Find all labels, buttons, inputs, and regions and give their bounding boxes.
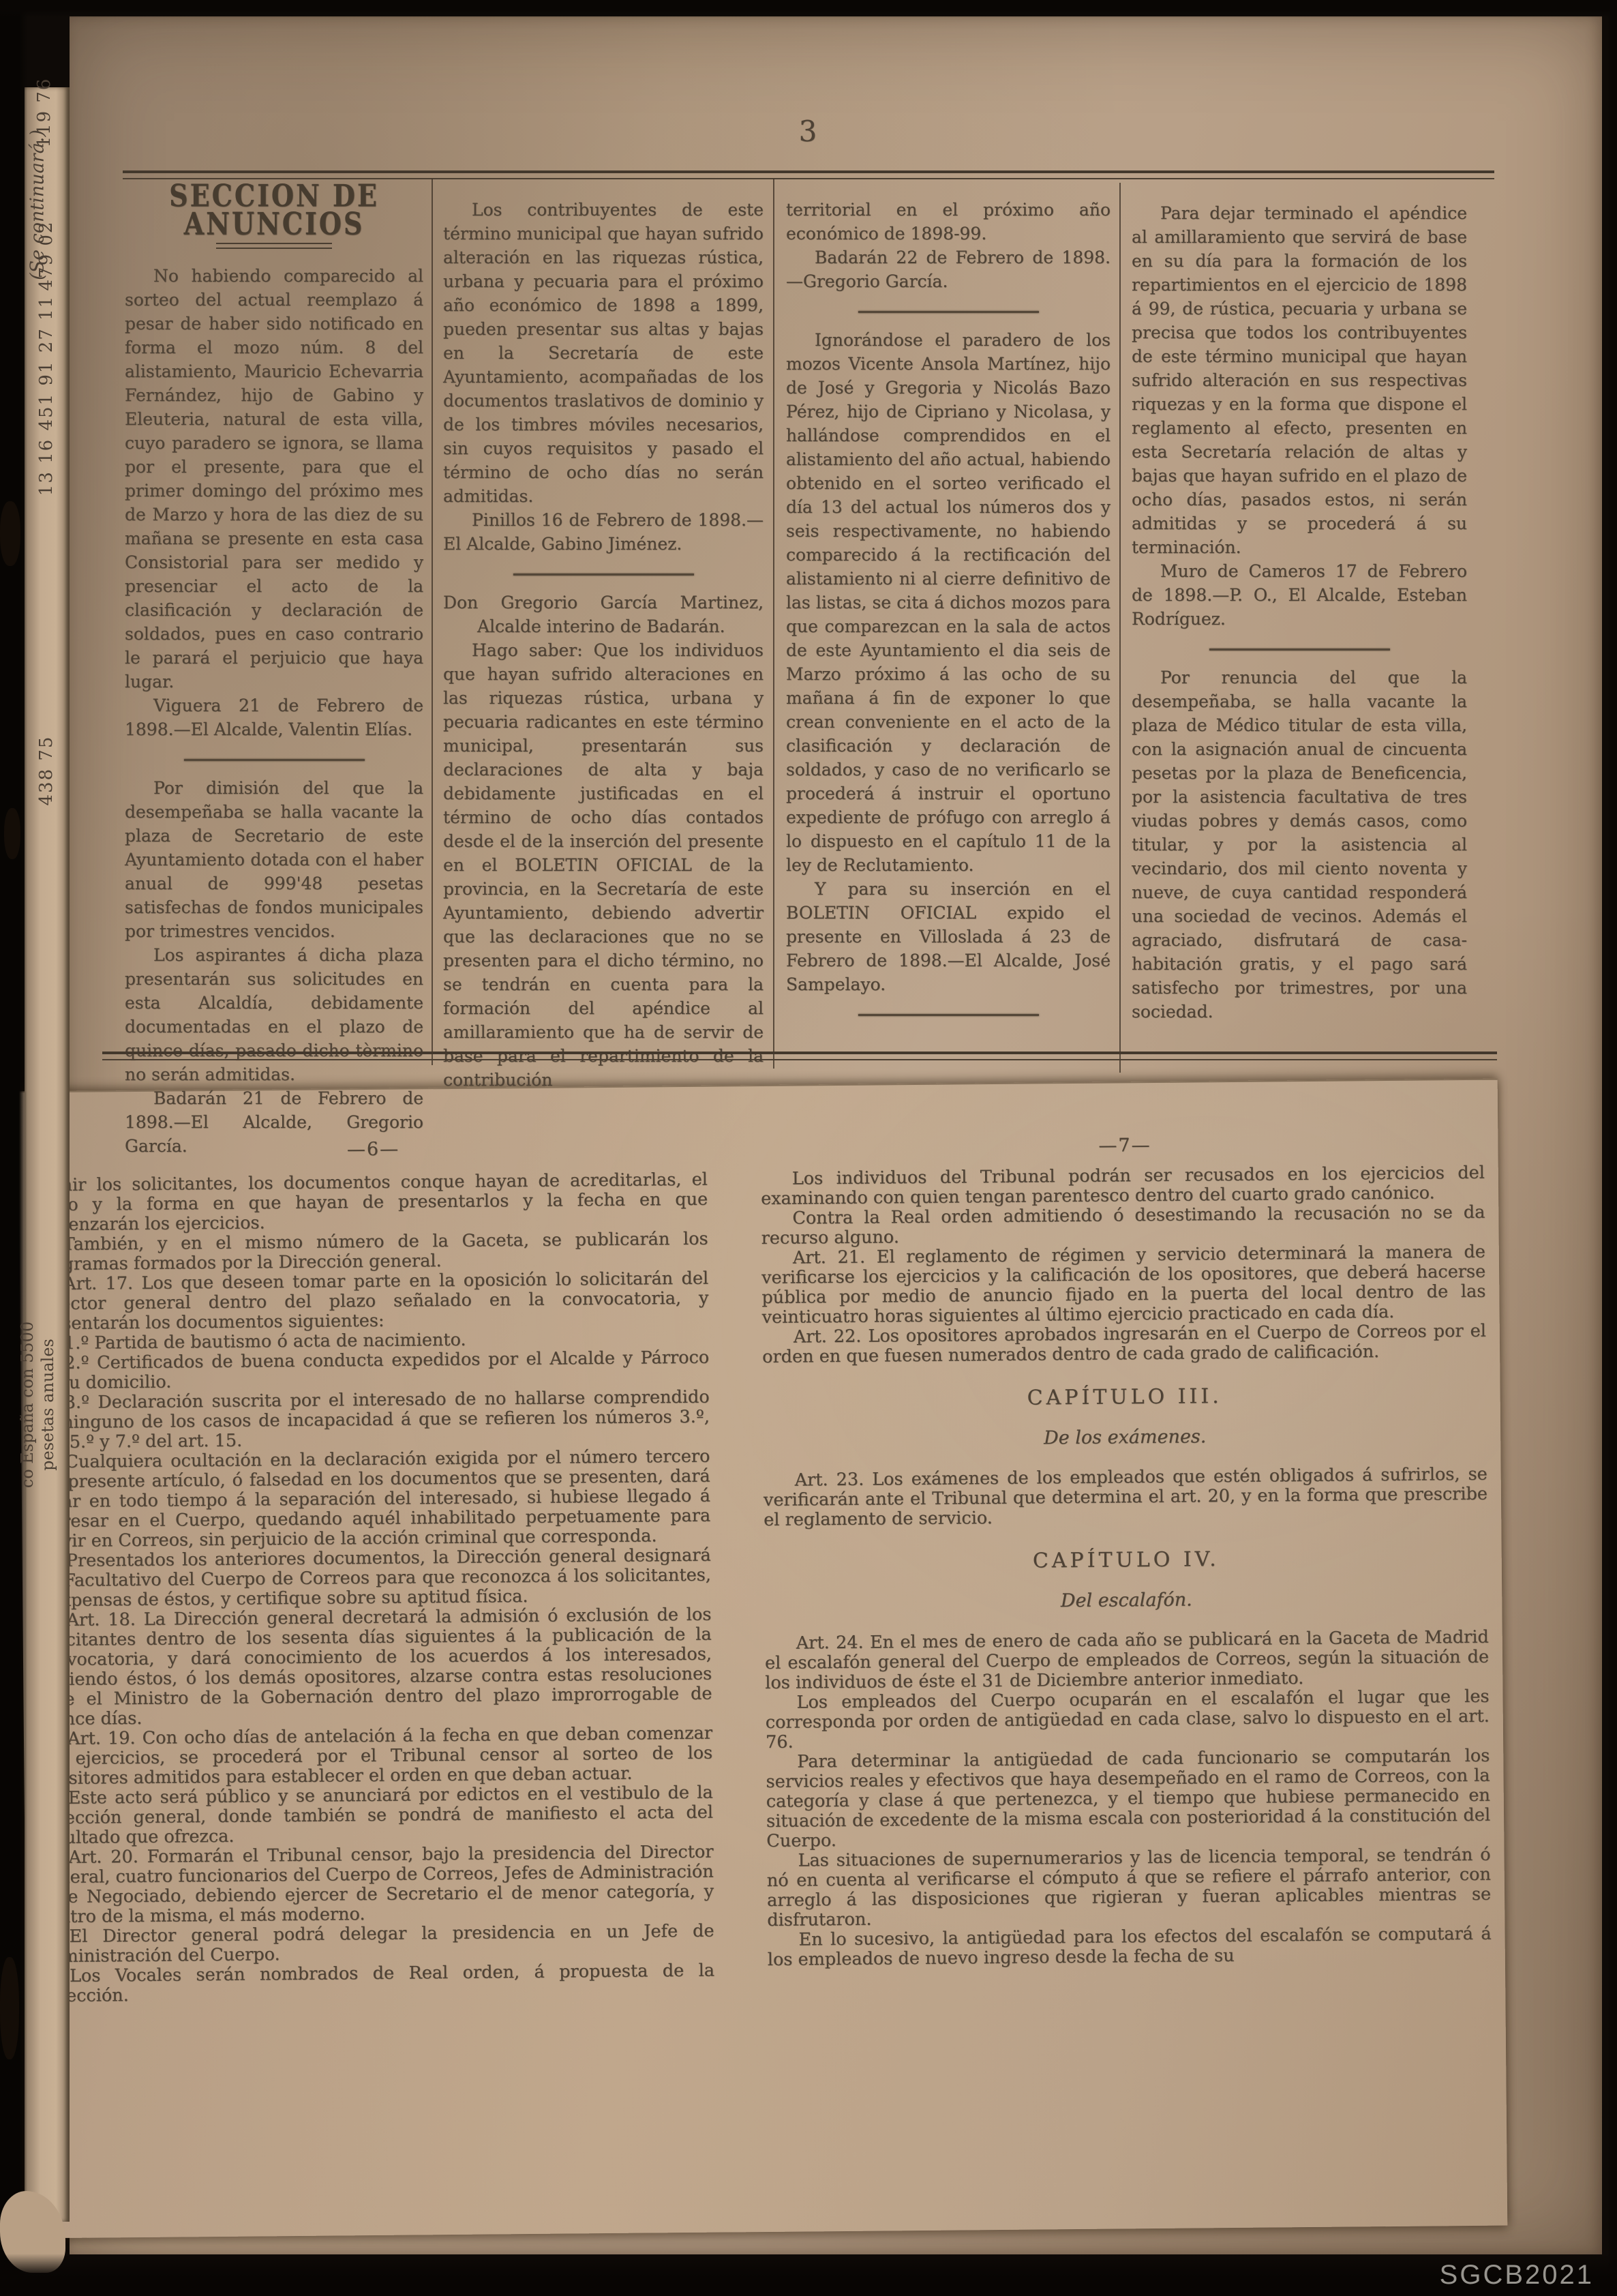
watermark: SGCB2021 [1440,2260,1594,2291]
announcement-paragraph: No habiendo comparecido al sorteo del ac… [125,264,423,694]
margin-number: 13 16 [36,399,57,535]
announcement-paragraph: Para dejar terminado el apéndice al amil… [1132,201,1467,559]
scan-edge-bottom [0,2254,1617,2296]
regulation-paragraph: Art. 21. El reglamento de régimen y serv… [761,1242,1486,1328]
signature-line: Pinillos 16 de Febrero de 1898.—El Alcal… [443,508,764,556]
regulation-paragraph: Contra la Real orden admitiendo ó desest… [761,1203,1485,1249]
page-number: 3 [781,115,835,148]
regulation-column-right: Los individuos del Tribunal podrán ser r… [761,1163,1492,1970]
title-ornament [216,243,332,249]
announcement-paragraph: Y para su inserción en el BOLETIN OFICIA… [786,877,1110,996]
regulation-paragraph: Art. 18. La Dirección general decretará … [35,1605,712,1730]
announcement-paragraph: Los contribuyentes de este término munic… [443,198,764,508]
regulation-paragraph: Los Vocales serán nombrados de Real orde… [38,1961,714,2007]
scan-artifact [4,808,20,859]
scanned-newspaper-page: 3 SECCION DE ANUNCIOS No habiendo compar… [0,0,1617,2296]
regulation-paragraph: En lo sucesivo, la antigüedad para los e… [767,1924,1491,1970]
regulation-paragraph: Art. 17. Los que deseen tomar parte en l… [32,1269,709,1335]
section-bottom-double-rule [102,1052,1497,1060]
chapter-heading: CAPÍTULO IV. [764,1547,1488,1573]
separator-rule [858,311,1039,313]
announcement-paragraph: Hago saber: Que los individuos que hayan… [443,638,764,1092]
regulation-paragraph: Los empleados del Cuerpo ocuparán en el … [765,1687,1490,1753]
regulation-paragraph: Art. 19. Con ocho días de antelación á l… [36,1724,713,1789]
regulation-paragraph: Art. 20. Formarán el Tribunal censor, ba… [37,1843,714,1928]
regulation-paragraph: Presentados los anteriores documentos, l… [35,1546,712,1611]
regulation-paragraph: Para determinar la antigüedad de cada fu… [766,1746,1490,1851]
margin-lower-note: co España con 5500 pesetas anuales [17,1282,58,1527]
regulation-paragraph: También, y en el mismo número de la Gace… [32,1229,708,1275]
announcements-column-2: Los contribuyentes de este término munic… [443,198,764,1092]
announcement-paragraph: Por dimisión del que la desempeñaba se h… [125,776,423,943]
signature-line: Muro de Cameros 17 de Febrero de 1898.—P… [1132,559,1467,631]
regulation-paragraph: Art. 22. Los opositores aprobados ingres… [762,1322,1486,1367]
column-rule-1 [432,179,433,1065]
separator-rule [1209,648,1390,651]
regulation-paragraph: Los individuos del Tribunal podrán ser r… [761,1163,1485,1209]
regulation-list-item: 3.º Declaración suscrita por el interesa… [33,1388,710,1453]
section-title: SECCION DE ANUNCIOS [125,181,423,238]
announcements-column-1: SECCION DE ANUNCIOS No habiendo comparec… [125,185,423,1158]
margin-number: 438 75 [36,702,57,839]
regulation-list-item: 2.º Certificados de buena conducta exped… [33,1348,709,1394]
separator-rule [184,759,365,761]
chapter-subheading: Del escalafón. [764,1587,1488,1613]
announcement-heading: Don Gregorio García Martinez, Alcalde in… [443,591,764,638]
chapter-subheading: De los exámenes. [763,1425,1487,1450]
scan-artifact [0,1957,19,2059]
signature-line: Badarán 22 de Febrero de 1898.—Gregorio … [786,245,1110,293]
regulation-paragraph: Este acto será público y se anunciará po… [37,1783,714,1849]
separator-rule [513,573,694,576]
announcement-paragraph: territorial en el próximo año económico … [786,198,1110,245]
scan-edge-left [0,0,27,2296]
scan-edge-top [0,0,1617,18]
signature-line: Badarán 21 de Febrero de 1898.—El Alcald… [125,1086,423,1158]
separator-rule [858,1014,1039,1016]
regulation-column-left: reunir los solicitantes, los documentos … [31,1170,715,2007]
scan-edge-right [1607,0,1617,2296]
announcement-paragraph: Por renuncia del que la desempeñaba, se … [1132,666,1467,1024]
chapter-heading: CAPÍTULO III. [763,1384,1487,1410]
column-rule-3 [1119,183,1121,1073]
announcement-paragraph: Los aspirantes á dicha plaza presentarán… [125,943,423,1086]
sheet-page-number-7: —7— [761,1132,1487,1159]
announcements-column-3: territorial en el próximo año económico … [786,198,1110,1031]
regulation-paragraph: Cualquiera ocultación en la declaración … [33,1447,710,1552]
regulation-sheet: —6— reunir los solicitantes, los documen… [18,1079,1508,2239]
regulation-paragraph: Art. 23. Los exámenes de los empleados q… [764,1465,1488,1530]
scan-artifact [0,501,20,566]
announcement-paragraph: Ignorándose el paradero de los mozos Vic… [786,328,1110,877]
regulation-paragraph: El Director general podrá delegar la pre… [37,1922,714,1967]
regulation-paragraph: reunir los solicitantes, los documentos … [31,1170,708,1236]
regulation-paragraph: Art. 24. En el mes de enero de cada año … [765,1628,1490,1693]
announcements-column-4: Para dejar terminado el apéndice al amil… [1132,201,1467,1024]
signature-line: Viguera 21 de Febrero de 1898.—El Alcald… [125,694,423,741]
column-rule-2 [773,179,774,1069]
regulation-paragraph: Las situaciones de supernumerarios y las… [766,1845,1491,1930]
